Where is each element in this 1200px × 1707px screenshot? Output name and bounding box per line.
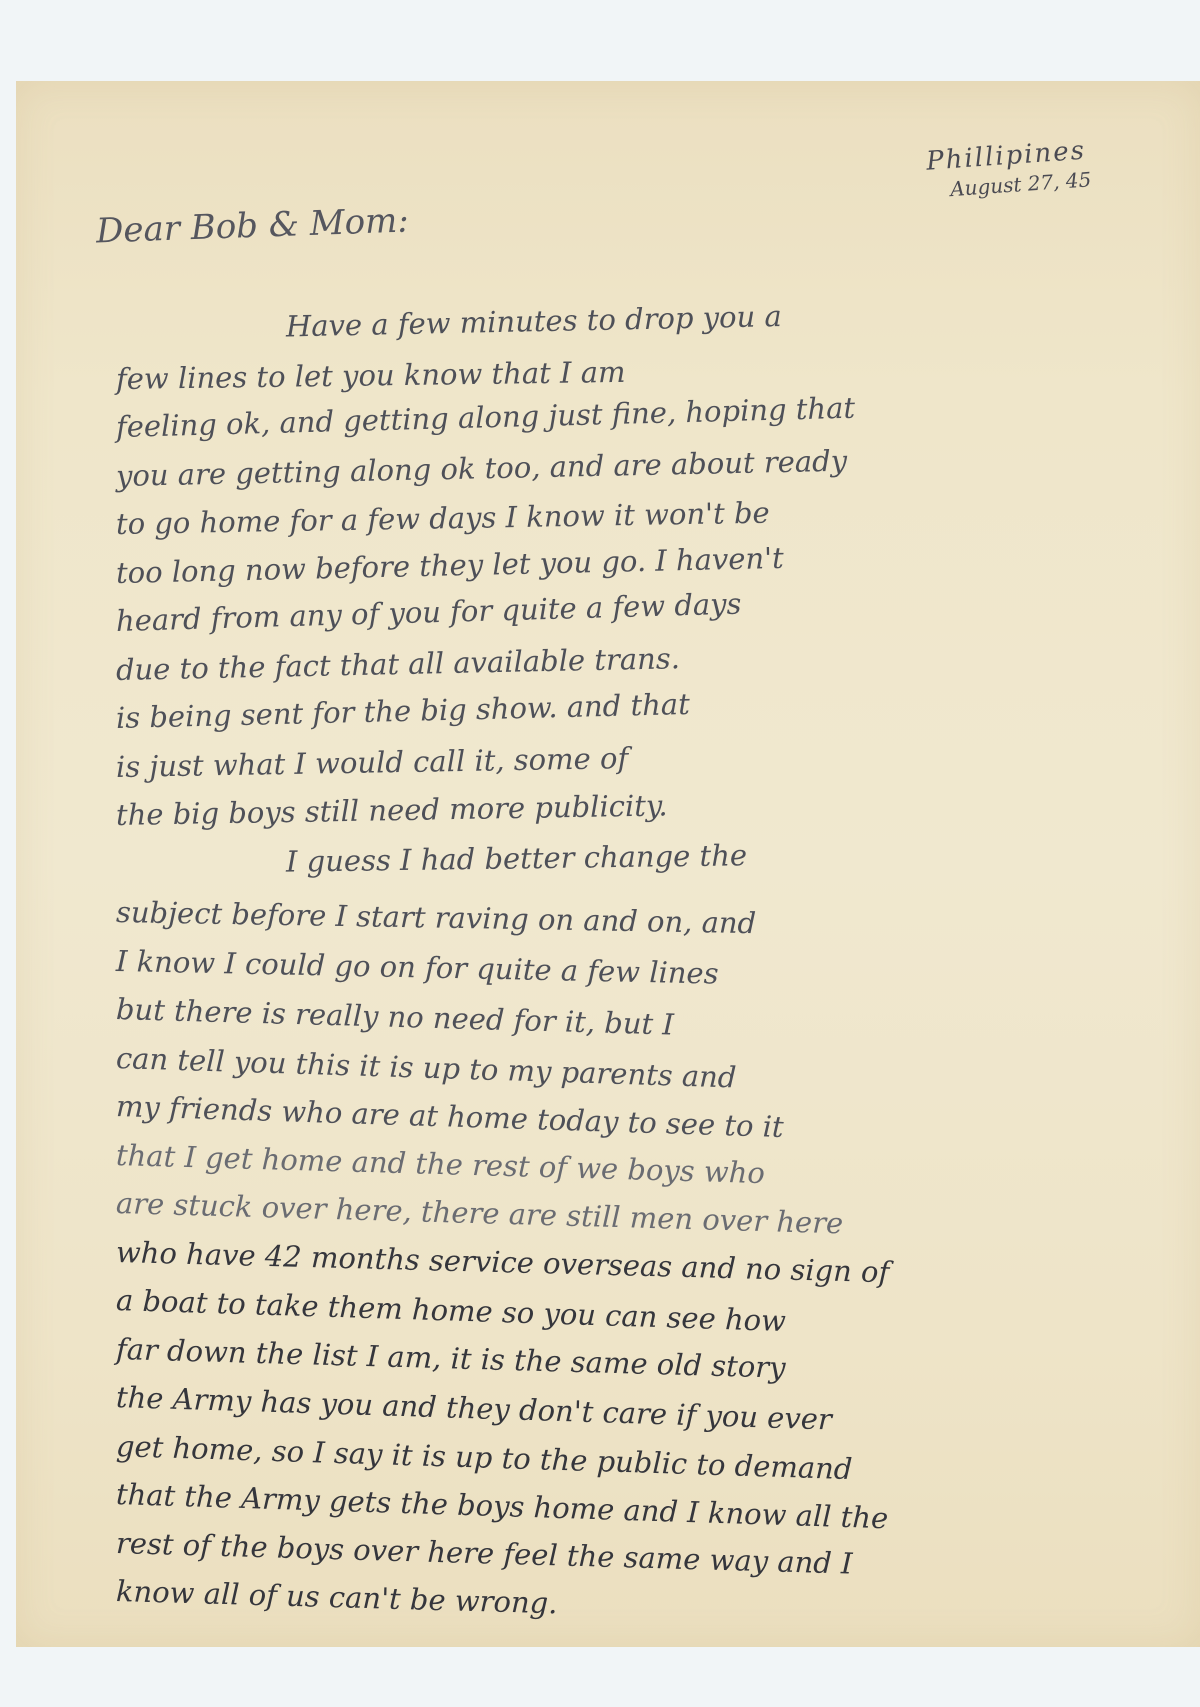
letter-body: Have a few minutes to drop you afew line… xyxy=(116,306,1116,1616)
letter-heading: Phillipines August 27, 45 xyxy=(925,135,1092,202)
letter-salutation: Dear Bob & Mom: xyxy=(95,201,409,252)
letter-paper: Phillipines August 27, 45 Dear Bob & Mom… xyxy=(16,81,1200,1647)
